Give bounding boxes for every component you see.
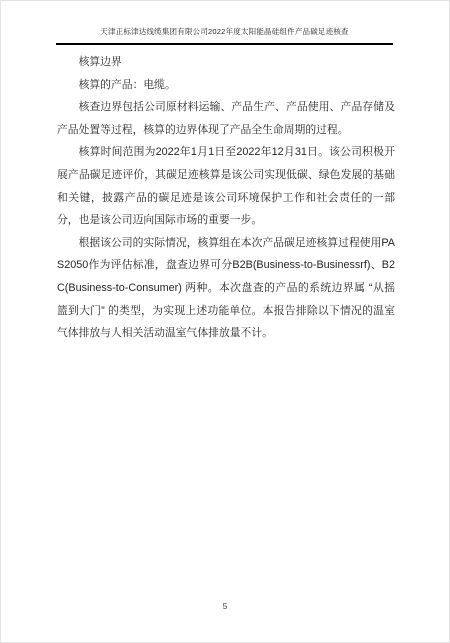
- paragraph-standard: 根据该公司的实际情况，核算组在本次产品碳足迹核算过程使用PAS2050作为评估标…: [57, 232, 395, 345]
- paragraph-time-range: 核算时间范围为2022年1月1日至2022年12月31日。该公司积极开展产品碳足…: [57, 141, 395, 231]
- document-header: 天津正标津达线缆集团有限公司2022年度太阳能晶硅组件产品碳足迹核查: [56, 27, 393, 45]
- header-title: 天津正标津达线缆集团有限公司2022年度太阳能晶硅组件产品碳足迹核查: [56, 27, 393, 37]
- paragraph-boundary: 核查边界包括公司原材料运输、产品生产、产品使用、产品存储及产品处置等过程，核算的…: [57, 96, 395, 141]
- document-footer: 5: [1, 596, 449, 614]
- paragraph-section-heading: 核算边界: [57, 51, 395, 74]
- document-body: 核算边界 核算的产品：电缆。 核查边界包括公司原材料运输、产品生产、产品使用、产…: [57, 51, 395, 345]
- document-page: 天津正标津达线缆集团有限公司2022年度太阳能晶硅组件产品碳足迹核查 核算边界 …: [0, 0, 450, 643]
- page-number: 5: [223, 602, 227, 611]
- paragraph-product: 核算的产品：电缆。: [57, 74, 395, 97]
